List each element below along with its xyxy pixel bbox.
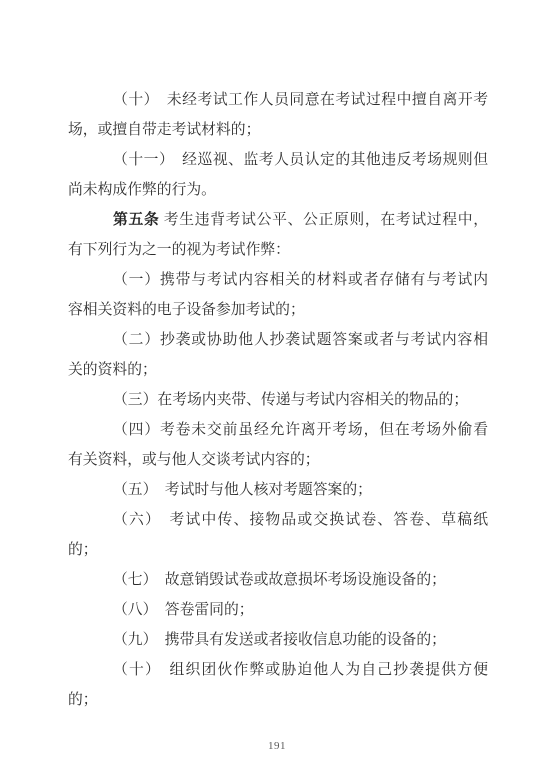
page-footer: 191: [0, 736, 554, 754]
line-text: （一）携带与考试内容相关的材料或者存储有与考试内: [113, 272, 488, 288]
text-line: （十一） 经巡视、监考人员认定的其他违反考场规则但: [68, 145, 488, 175]
text-line: 有下列行为之一的视为考试作弊：: [68, 235, 488, 265]
line-text: 尚未构成作弊的行为。: [68, 182, 216, 198]
text-line: （三）在考场内夹带、传递与考试内容相关的物品的；: [68, 385, 488, 415]
text-line: （十） 组织团伙作弊或胁迫他人为自己抄袭提供方便: [68, 655, 488, 685]
text-line: （八） 答卷雷同的；: [68, 595, 488, 625]
page-number: 191: [268, 740, 286, 752]
document-body: （十） 未经考试工作人员同意在考试过程中擅自离开考 场，或擅自带走考试材料的； …: [68, 85, 488, 715]
text-line: （九） 携带具有发送或者接收信息功能的设备的；: [68, 625, 488, 655]
line-text: （六） 考试中传、接物品或交换试卷、答卷、草稿纸: [113, 512, 488, 528]
document-page: （十） 未经考试工作人员同意在考试过程中擅自离开考 场，或擅自带走考试材料的； …: [0, 0, 554, 783]
line-text: 的；: [68, 692, 98, 708]
line-text: 考生违背考试公平、公正原则，在考试过程中，: [159, 212, 488, 228]
text-line: 关的资料的；: [68, 355, 488, 385]
line-text: 的；: [68, 542, 98, 558]
line-text: 有下列行为之一的视为考试作弊：: [68, 242, 290, 258]
text-line: 第五条 考生违背考试公平、公正原则，在考试过程中，: [68, 205, 488, 235]
line-text: （九） 携带具有发送或者接收信息功能的设备的；: [113, 632, 446, 648]
text-line: （五） 考试时与他人核对考题答案的；: [68, 475, 488, 505]
line-text: 容相关资料的电子设备参加考试的；: [68, 302, 305, 318]
line-text: 场，或擅自带走考试材料的；: [68, 122, 260, 138]
text-line: 容相关资料的电子设备参加考试的；: [68, 295, 488, 325]
line-text: （五） 考试时与他人核对考题答案的；: [113, 482, 372, 498]
text-line: （六） 考试中传、接物品或交换试卷、答卷、草稿纸: [68, 505, 488, 535]
line-text: （十一） 经巡视、监考人员认定的其他违反考场规则但: [113, 152, 488, 168]
line-text: 关的资料的；: [68, 362, 157, 378]
text-line: （七） 故意销毁试卷或故意损坏考场设施设备的；: [68, 565, 488, 595]
text-line: 有关资料，或与他人交谈考试内容的；: [68, 445, 488, 475]
line-text: （四）考卷未交前虽经允许离开考场，但在考场外偷看: [113, 422, 488, 438]
text-line: （十） 未经考试工作人员同意在考试过程中擅自离开考: [68, 85, 488, 115]
text-line: 的；: [68, 535, 488, 565]
line-text: （三）在考场内夹带、传递与考试内容相关的物品的；: [113, 392, 468, 408]
line-text: 有关资料，或与他人交谈考试内容的；: [68, 452, 320, 468]
text-line: 场，或擅自带走考试材料的；: [68, 115, 488, 145]
line-text: （八） 答卷雷同的；: [113, 602, 254, 618]
text-line: （一）携带与考试内容相关的材料或者存储有与考试内: [68, 265, 488, 295]
text-line: 尚未构成作弊的行为。: [68, 175, 488, 205]
text-line: （四）考卷未交前虽经允许离开考场，但在考场外偷看: [68, 415, 488, 445]
text-line: 的；: [68, 685, 488, 715]
text-line: （二）抄袭或协助他人抄袭试题答案或者与考试内容相: [68, 325, 488, 355]
line-text: （七） 故意销毁试卷或故意损坏考场设施设备的；: [113, 572, 446, 588]
line-text: （十） 组织团伙作弊或胁迫他人为自己抄袭提供方便: [113, 662, 488, 678]
line-text: （十） 未经考试工作人员同意在考试过程中擅自离开考: [113, 92, 488, 108]
line-text: （二）抄袭或协助他人抄袭试题答案或者与考试内容相: [113, 332, 488, 348]
bold-term: 第五条: [113, 212, 159, 228]
